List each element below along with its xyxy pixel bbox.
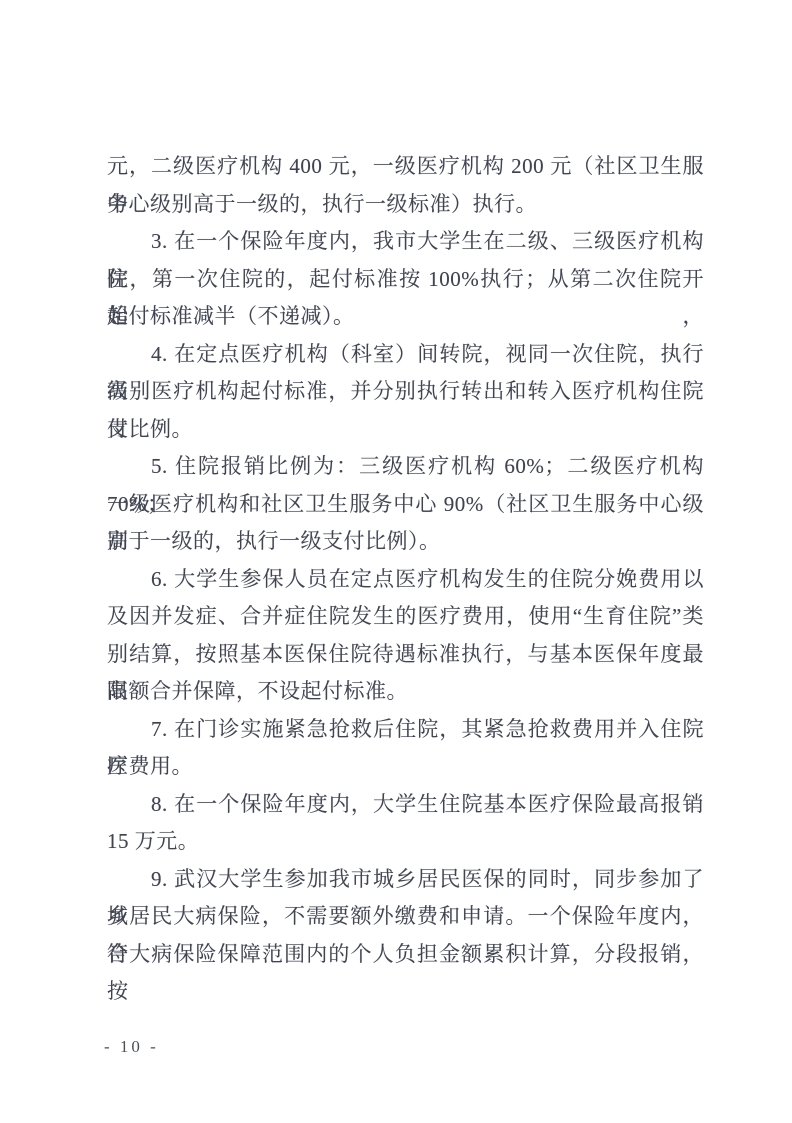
text-line: 4. 在定点医疗机构（科室）间转院，视同一次住院，执行高 [107,336,704,374]
text-line: 15 万元。 [107,823,704,861]
text-line: 7. 在门诊实施紧急抢救后住院，其紧急抢救费用并入住院医 [107,711,704,749]
text-line: 8. 在一个保险年度内，大学生住院基本医疗保险最高报销 [107,786,704,824]
paragraph: 6. 大学生参保人员在定点医疗机构发生的住院分娩费用以及因并发症、合并症住院发生… [107,561,704,711]
text-line: 别结算，按照基本医保住院待遇标准执行，与基本医保年度最高 [107,636,704,674]
text-line: 限额合并保障，不设起付标准。 [107,673,704,711]
text-line: 及因并发症、合并症住院发生的医疗费用，使用“生育住院”类 [107,598,704,636]
text-line: 院，第一次住院的，起付标准按 100%执行；从第二次住院开始， [107,261,704,299]
text-line: 3. 在一个保险年度内，我市大学生在二级、三级医疗机构住 [107,223,704,261]
paragraph: 3. 在一个保险年度内，我市大学生在二级、三级医疗机构住院，第一次住院的，起付标… [107,223,704,336]
paragraph: 8. 在一个保险年度内，大学生住院基本医疗保险最高报销15 万元。 [107,786,704,861]
paragraph: 4. 在定点医疗机构（科室）间转院，视同一次住院，执行高级别医疗机构起付标准，并… [107,336,704,449]
paragraph: 元，二级医疗机构 400 元，一级医疗机构 200 元（社区卫生服务中心级别高于… [107,148,704,223]
text-line: 9. 武汉大学生参加我市城乡居民医保的同时，同步参加了城 [107,861,704,899]
document-page: 元，二级医疗机构 400 元，一级医疗机构 200 元（社区卫生服务中心级别高于… [0,0,792,1123]
text-line: 元，二级医疗机构 400 元，一级医疗机构 200 元（社区卫生服务 [107,148,704,186]
paragraph: 7. 在门诊实施紧急抢救后住院，其紧急抢救费用并入住院医疗费用。 [107,711,704,786]
text-line: 疗费用。 [107,748,704,786]
text-line: 一级医疗机构和社区卫生服务中心 90%（社区卫生服务中心级别 [107,486,704,524]
text-line: 高于一级的，执行一级支付比例）。 [107,523,704,561]
text-line: 中心级别高于一级的，执行一级标准）执行。 [107,186,704,224]
text-line: 级别医疗机构起付标准，并分别执行转出和转入医疗机构住院支 [107,373,704,411]
text-line: 6. 大学生参保人员在定点医疗机构发生的住院分娩费用以 [107,561,704,599]
page-number: - 10 - [104,1036,159,1058]
text-line: 合大病保险保障范围内的个人负担金额累积计算，分段报销，按 [107,936,704,974]
paragraph: 9. 武汉大学生参加我市城乡居民医保的同时，同步参加了城乡居民大病保险，不需要额… [107,861,704,974]
text-line: 付比例。 [107,411,704,449]
text-line: 5. 住院报销比例为：三级医疗机构 60%；二级医疗机构 70%； [107,448,704,486]
text-line: 乡居民大病保险，不需要额外缴费和申请。一个保险年度内，符 [107,898,704,936]
document-body: 元，二级医疗机构 400 元，一级医疗机构 200 元（社区卫生服务中心级别高于… [107,148,704,973]
paragraph: 5. 住院报销比例为：三级医疗机构 60%；二级医疗机构 70%；一级医疗机构和… [107,448,704,561]
